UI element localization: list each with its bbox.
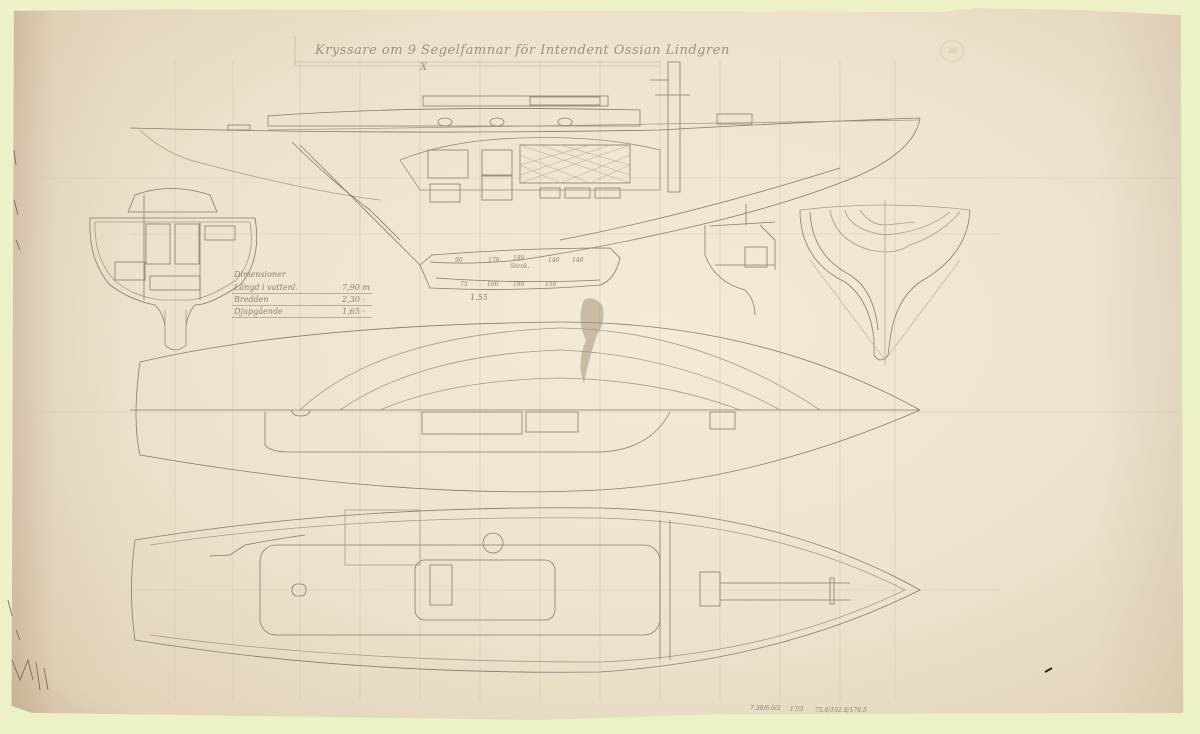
keel-label: Stenk. (510, 263, 529, 270)
dimension-value: 7,90 m (342, 283, 372, 293)
dimension-row: Bredden 2,30 - (232, 294, 372, 306)
dimension-row: Längd i vattenl. 7,90 m (232, 282, 372, 294)
title-mark: X (420, 62, 427, 73)
body-plan-view (800, 200, 970, 365)
profile-view (130, 62, 920, 289)
aft-section-view (705, 204, 775, 315)
margin-scribbles (8, 150, 48, 690)
margin-note: 17/3 (790, 706, 803, 713)
ink-stain (572, 295, 612, 385)
dimension-label: Längd i vattenl. (234, 283, 298, 293)
keel-annotation: 140 (572, 257, 583, 264)
keel-depth-value: 1.55 (470, 293, 488, 302)
keel-annotation: 140 (548, 257, 559, 264)
margin-note: 75.0/102.8/178.5 (815, 707, 867, 714)
dimension-value: 1,65 - (342, 307, 372, 317)
keel-annotation: 150 (545, 281, 556, 288)
ink-speck (1045, 668, 1052, 672)
keel-annotation: 160 (487, 281, 498, 288)
half-breadth-view (130, 322, 920, 492)
dimensions-table: Dimensioner Längd i vattenl. 7,90 m Bred… (232, 270, 372, 318)
keel-annotation: 75 (460, 281, 468, 288)
sheet-number-stamp: 38 (940, 40, 964, 62)
dimension-label: Djupgående (234, 307, 283, 317)
keel-annotation: 180 (513, 281, 524, 288)
dimension-row: Djupgående 1,65 - (232, 306, 372, 318)
keel-annotation: 170 (488, 257, 499, 264)
keel-annotation: 90 (455, 257, 463, 264)
drawing-title: Kryssare om 9 Segelfamnar för Intendent … (315, 43, 730, 58)
dimension-label: Bredden (234, 295, 269, 305)
margin-note: 7.30/6.0/2 (750, 705, 781, 712)
dimensions-heading: Dimensioner (234, 270, 372, 279)
keel-annotation: 180 (513, 255, 524, 262)
dimension-value: 2,30 - (342, 295, 372, 305)
